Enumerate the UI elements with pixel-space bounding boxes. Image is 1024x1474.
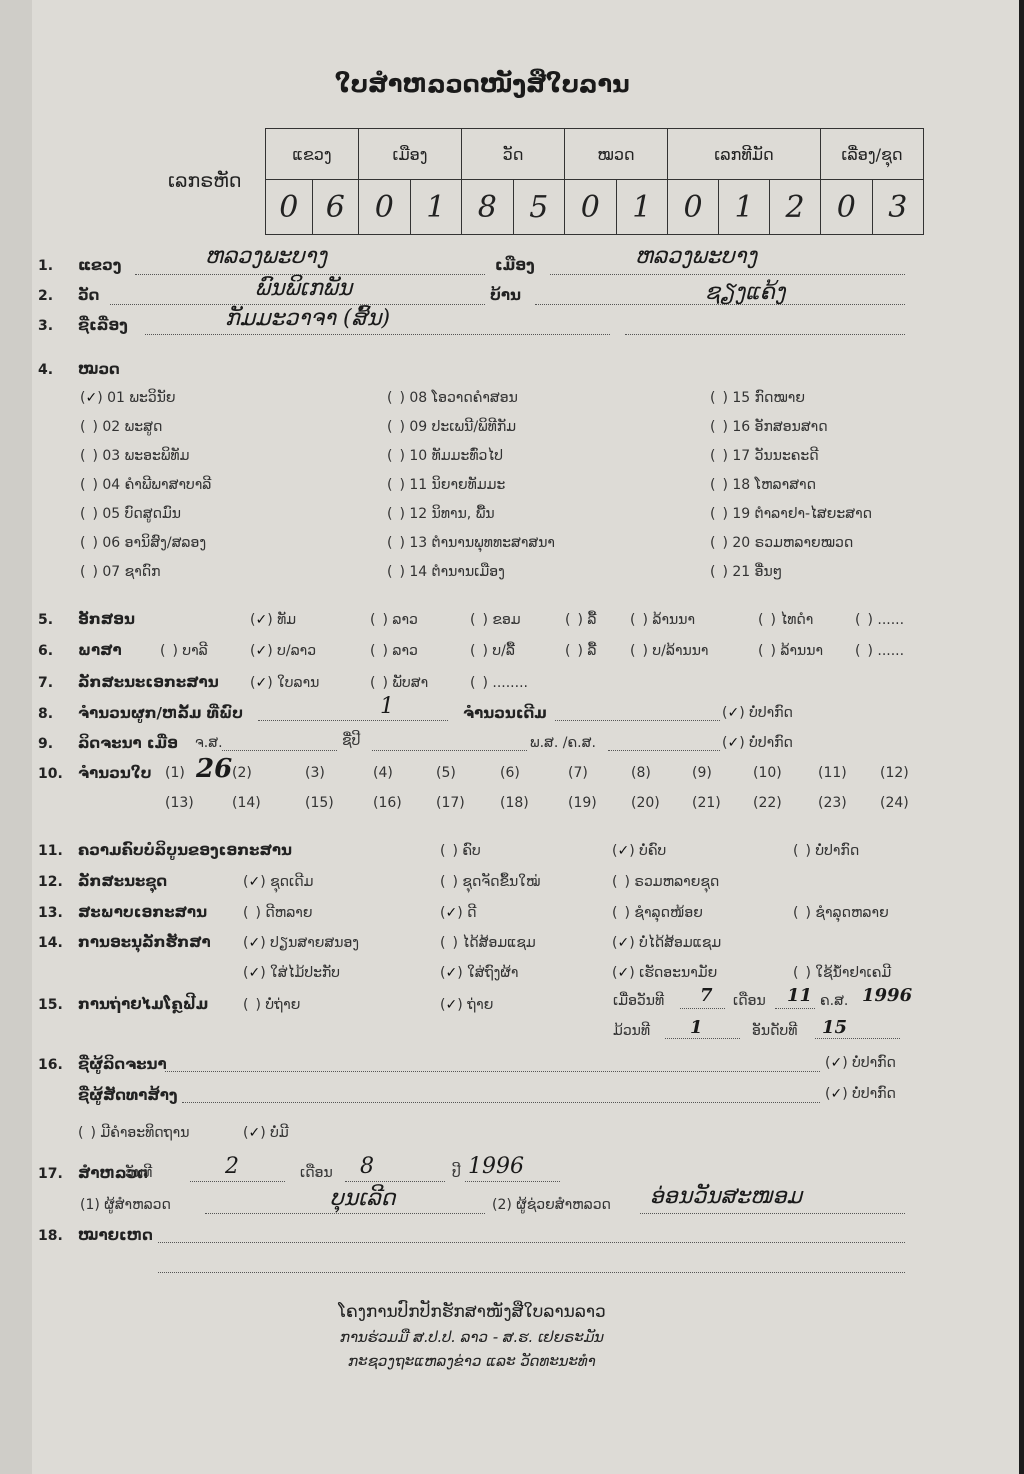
checkmark-icon: ✓ — [248, 874, 260, 890]
year-name-label: ຊື່ປີ — [342, 733, 360, 749]
category-option[interactable]: ( ) 17 ວັນນະຄະດີ — [710, 448, 819, 464]
code-digit: 1 — [616, 180, 668, 235]
leaf-count-label: ຈຳນວນໃບ — [78, 764, 152, 782]
empty-checkbox — [617, 905, 624, 921]
category-option[interactable]: (✓) 01 ພະວິນັຍ — [80, 390, 176, 406]
survey-day-label: ວັນທີ — [125, 1165, 152, 1181]
leaf-count-slot[interactable]: (5) — [436, 765, 456, 781]
script-option[interactable]: ( ) ໄທດຳ — [758, 612, 813, 628]
code-digit-row: 0601850101203 — [266, 180, 924, 235]
empty-checkbox — [248, 905, 255, 921]
empty-checkbox — [798, 843, 805, 859]
original-count-label: ຈຳນວນເດີມ — [463, 704, 547, 722]
checkmark-icon: ✓ — [248, 1125, 260, 1141]
leaf-count-value-1[interactable]: 26 — [196, 754, 232, 784]
wat-value[interactable]: ພົນພິເກພັນ — [255, 276, 352, 301]
leaf-count-slot[interactable]: (4) — [373, 765, 393, 781]
leaf-count-slot[interactable]: (8) — [631, 765, 651, 781]
set-type-option[interactable]: (✓) ຊຸດເດີມ — [243, 874, 314, 890]
code-digit: 6 — [312, 180, 359, 235]
empty-checkbox — [392, 535, 399, 551]
donor-unknown-checkbox[interactable]: (✓) ບໍ່ປາກົດ — [825, 1086, 896, 1102]
leaf-count-slot[interactable]: (20) — [631, 795, 660, 811]
category-option[interactable]: ( ) 07 ຊາດົກ — [80, 564, 161, 580]
code-digit: 0 — [821, 180, 873, 235]
empty-checkbox — [570, 612, 577, 628]
category-option[interactable]: ( ) 15 ກົດໝາຍ — [710, 390, 805, 406]
empty-checkbox — [715, 448, 722, 464]
village-label: ບ້ານ — [490, 286, 521, 304]
empty-checkbox — [392, 419, 399, 435]
category-option[interactable]: ( ) 03 ພະອະພິທັມ — [80, 448, 189, 464]
scribe-label: ຊື່ຜູ້ລິດຈະນາ — [78, 1055, 167, 1073]
leaf-count-slot[interactable]: (1) — [165, 765, 185, 781]
preservation-option[interactable]: (✓) ເຮັດອະນາມັຍ — [612, 965, 717, 981]
language-option[interactable]: ( ) ...... — [855, 643, 904, 659]
language-option[interactable]: ( ) ບາລີ — [160, 643, 208, 659]
leaf-count-slot[interactable]: (17) — [436, 795, 465, 811]
preservation-label: ການອະນຸລັກຮັກສາ — [78, 933, 211, 951]
leaf-count-slot[interactable]: (13) — [165, 795, 194, 811]
microfilm-year-label: ຄ.ສ. — [820, 993, 848, 1009]
condition-option[interactable]: (✓) ດີ — [440, 905, 477, 921]
category-option[interactable]: ( ) 05 ບົດສູດມົນ — [80, 506, 181, 522]
preservation-option[interactable]: (✓) ບໍ່ໄດ້ສ້ອມແຊມ — [612, 935, 721, 951]
language-option[interactable]: ( ) ລື້ — [565, 643, 596, 659]
code-digit: 0 — [266, 180, 313, 235]
be-label: ພ.ສ. /ຄ.ສ. — [530, 735, 596, 751]
roll-value[interactable]: 1 — [690, 1017, 703, 1038]
empty-checkbox — [715, 390, 722, 406]
field-number: 2. — [38, 288, 53, 304]
code-digit: 8 — [462, 180, 514, 235]
leaf-count-slot[interactable]: (10) — [753, 765, 782, 781]
code-table: ແຂວງ ເມືອງ ວັດ ໝວດ ເລກທີມັດ ເລື່ອງ/ຊຸດ 0… — [265, 128, 924, 235]
empty-checkbox — [798, 965, 805, 981]
empty-checkbox — [475, 675, 482, 691]
category-option[interactable]: ( ) 14 ຕຳນານເມືອງ — [387, 564, 505, 580]
script-option[interactable]: ( ) ລື້ — [565, 612, 596, 628]
leaf-count-slot[interactable]: (6) — [500, 765, 520, 781]
field-number: 4. — [38, 362, 53, 378]
checkmark-icon: ✓ — [255, 612, 267, 628]
microfilm-label: ການຖ່າຍໄມໂຄຼຟີມ — [78, 995, 208, 1013]
code-header-bundle: ເລກທີມັດ — [668, 129, 821, 180]
field-number: 11. — [38, 843, 63, 859]
cs-label: ຈ.ສ. — [195, 735, 223, 751]
empty-checkbox — [85, 535, 92, 551]
code-header-title-set: ເລື່ອງ/ຊຸດ — [821, 129, 924, 180]
empty-checkbox — [715, 419, 722, 435]
leaf-count-slot[interactable]: (16) — [373, 795, 402, 811]
code-header-category: ໝວດ — [565, 129, 668, 180]
leaf-count-slot[interactable]: (24) — [880, 795, 909, 811]
category-option[interactable]: ( ) 20 ຣວມຫລາຍໝວດ — [710, 535, 853, 551]
empty-checkbox — [475, 612, 482, 628]
leaf-count-slot[interactable]: (14) — [232, 795, 261, 811]
preservation-option[interactable]: (✓) ໃສ່ຖົງຜ້າ — [440, 965, 518, 981]
empty-checkbox — [715, 506, 722, 522]
language-option[interactable]: ( ) ບ/ລື້ — [470, 643, 515, 659]
leaf-count-slot[interactable]: (21) — [692, 795, 721, 811]
checkmark-icon: ✓ — [617, 965, 629, 981]
empty-checkbox — [445, 874, 452, 890]
empty-checkbox — [715, 477, 722, 493]
wish-option[interactable]: ( ) ມີຄຳອະທິດຖານ — [78, 1125, 189, 1141]
script-option[interactable]: ( ) ລ້ານນາ — [630, 612, 695, 628]
roll-label: ມ້ວນທີ — [613, 1023, 650, 1039]
fascicle-count-label: ຈຳນວນຜູກ/ຫລັ້ມ ທີ່ພົບ — [78, 704, 243, 722]
leaf-count-slot[interactable]: (3) — [305, 765, 325, 781]
empty-checkbox — [375, 675, 382, 691]
empty-checkbox — [392, 477, 399, 493]
field-number: 18. — [38, 1228, 63, 1244]
completeness-option[interactable]: ( ) ຄົບ — [440, 843, 481, 859]
empty-checkbox — [85, 448, 92, 464]
field-number: 1. — [38, 258, 53, 274]
empty-checkbox — [83, 1125, 90, 1141]
empty-checkbox — [763, 612, 770, 628]
field-number: 6. — [38, 643, 53, 659]
language-option[interactable]: ( ) ລາວ — [370, 643, 418, 659]
checkmark-icon: ✓ — [617, 935, 629, 951]
empty-checkbox — [392, 448, 399, 464]
field-number: 5. — [38, 612, 53, 628]
script-option[interactable]: ( ) ...... — [855, 612, 904, 628]
preservation-option[interactable]: ( ) ໃຊ້ນ້ຳຢາເຄມີ — [793, 965, 891, 981]
form-title: ໃບສຳຫລວດໜັງສືໃບລານ — [335, 70, 630, 98]
field-number: 15. — [38, 997, 63, 1013]
page-edge — [1019, 0, 1024, 1474]
surveyor-value[interactable]: ບຸນເລີດ — [330, 1186, 396, 1211]
village-value[interactable]: ຊຽງແຄ້ງ — [705, 280, 785, 305]
category-option[interactable]: ( ) 10 ທັມມະທົ່ວໄປ — [387, 448, 503, 464]
empty-checkbox — [445, 935, 452, 951]
empty-checkbox — [392, 506, 399, 522]
assistant-value[interactable]: ອ່ອນວັນສະໜອມ — [650, 1184, 802, 1209]
category-option[interactable]: ( ) 06 ອານິສົງ/ສລອງ — [80, 535, 206, 551]
footer-ministry: ກະຊວງຖະແຫລງຂ່າວ ແລະ ວັດທະນະທຳ — [272, 1352, 672, 1370]
checkmark-icon: ✓ — [255, 675, 267, 691]
checkmark-icon: ✓ — [445, 997, 457, 1013]
field-number: 14. — [38, 935, 63, 951]
doc-type-option[interactable]: (✓) ໃບລານ — [250, 675, 319, 691]
preservation-option[interactable]: (✓) ໃສ່ໄມ້ປະກັບ — [243, 965, 340, 981]
footer-cooperation: ການຮ່ວມມື ສ.ປ.ປ. ລາວ - ສ.ຮ. ເຢຍຣະມັນ — [272, 1328, 672, 1346]
microfilm-date-label: ເມື່ອວັນທີ — [613, 993, 664, 1009]
code-digit: 0 — [359, 180, 411, 235]
preservation-option[interactable]: (✓) ປຽນສາຍສນອງ — [243, 935, 359, 951]
empty-checkbox — [375, 612, 382, 628]
empty-checkbox — [570, 643, 577, 659]
title-label: ຊື່ເລື່ອງ — [78, 316, 128, 334]
field-number: 17. — [38, 1166, 63, 1182]
leaf-count-slot[interactable]: (22) — [753, 795, 782, 811]
empty-checkbox — [763, 643, 770, 659]
empty-checkbox — [715, 535, 722, 551]
doc-type-option[interactable]: ( ) ........ — [470, 675, 528, 691]
empty-checkbox — [635, 612, 642, 628]
microfilm-year[interactable]: 1996 — [862, 985, 912, 1006]
microfilm-option[interactable]: ( ) ບໍ່ຖ່າຍ — [243, 997, 300, 1013]
set-type-option[interactable]: ( ) ຊຸດຈັດຂຶ້ນໃໝ່ — [440, 874, 540, 890]
empty-checkbox — [85, 419, 92, 435]
empty-checkbox — [617, 874, 624, 890]
category-option[interactable]: ( ) 04 ຄຳພີພາສາບາລີ — [80, 477, 211, 493]
empty-checkbox — [85, 564, 92, 580]
script-label: ອັກສອນ — [78, 610, 135, 628]
category-option[interactable]: ( ) 12 ນິທານ, ພື້ນ — [387, 506, 495, 522]
empty-checkbox — [392, 390, 399, 406]
title-value[interactable]: ກັມມະວາຈາ (ສົ້ນ) — [225, 306, 390, 331]
code-label: ເລກຣຫັດ — [168, 170, 241, 192]
microfilm-day[interactable]: 7 — [700, 985, 713, 1006]
province-value[interactable]: ຫລວງພະບາງ — [205, 244, 327, 269]
survey-month[interactable]: 8 — [360, 1154, 374, 1179]
empty-checkbox — [248, 997, 255, 1013]
survey-year[interactable]: 1996 — [468, 1154, 524, 1179]
microfilm-option[interactable]: (✓) ຖ່າຍ — [440, 997, 493, 1013]
field-number: 10. — [38, 766, 63, 782]
fascicle-count-value[interactable]: 1 — [380, 694, 394, 719]
category-label: ໝວດ — [78, 360, 120, 378]
survey-day[interactable]: 2 — [225, 1154, 239, 1179]
wat-label: ວັດ — [78, 286, 99, 304]
set-type-label: ລັກສະນະຊຸດ — [78, 872, 167, 890]
category-option[interactable]: ( ) 21 ອື່ນໆ — [710, 564, 782, 580]
empty-checkbox — [860, 643, 867, 659]
survey-year-label: ປີ — [452, 1165, 461, 1181]
empty-checkbox — [85, 477, 92, 493]
original-count-unknown-checkbox[interactable]: (✓) ບໍ່ປາກົດ — [722, 705, 793, 721]
leaf-count-slot[interactable]: (19) — [568, 795, 597, 811]
district-label: ເມືອງ — [495, 256, 535, 274]
set-type-option[interactable]: ( ) ຣວມຫລາຍຊຸດ — [612, 874, 719, 890]
language-label: ພາສາ — [78, 641, 122, 659]
condition-option[interactable]: ( ) ຊຳລຸດຫລາຍ — [793, 905, 889, 921]
condition-option[interactable]: ( ) ດີຫລາຍ — [243, 905, 312, 921]
checkmark-icon: ✓ — [445, 905, 457, 921]
field-number: 16. — [38, 1057, 63, 1073]
microfilm-month-label: ເດືອນ — [733, 993, 766, 1009]
script-option[interactable]: ( ) ຂອມ — [470, 612, 521, 628]
checkmark-icon: ✓ — [248, 935, 260, 951]
leaf-count-slot[interactable]: (23) — [818, 795, 847, 811]
leaf-count-slot[interactable]: (15) — [305, 795, 334, 811]
empty-checkbox — [798, 905, 805, 921]
script-option[interactable]: (✓) ທັມ — [250, 612, 296, 628]
code-header-province: ແຂວງ — [266, 129, 359, 180]
field-number: 7. — [38, 675, 53, 691]
code-digit: 1 — [410, 180, 462, 235]
script-option[interactable]: ( ) ລາວ — [370, 612, 418, 628]
adjacent-page-strip — [0, 0, 32, 1474]
empty-checkbox — [85, 506, 92, 522]
condition-option[interactable]: ( ) ຊຳລຸດໜ້ອຍ — [612, 905, 703, 921]
footer-project: ໂຄງການປົກປັກຮັກສາໜັງສືໃບລານລາວ — [272, 1302, 672, 1322]
checkmark-icon: ✓ — [445, 965, 457, 981]
written-when-label: ລິດຈະນາ ເມື່ອ — [78, 734, 178, 752]
doc-type-option[interactable]: ( ) ພັບສາ — [370, 675, 428, 691]
scribe-unknown-checkbox[interactable]: (✓) ບໍ່ປາກົດ — [825, 1055, 896, 1071]
empty-checkbox — [165, 643, 172, 659]
code-header-district: ເມືອງ — [359, 129, 462, 180]
completeness-label: ຄວາມຄົບບໍລິບູນຂອງເອກະສານ — [78, 841, 292, 859]
donor-label: ຊື່ຜູ້ສັດທາສ້າງ — [78, 1086, 178, 1104]
language-option[interactable]: ( ) ບ/ລ້ານນາ — [630, 643, 708, 659]
empty-checkbox — [475, 643, 482, 659]
survey-month-label: ເດືອນ — [300, 1165, 333, 1181]
preservation-option[interactable]: ( ) ໄດ້ສ້ອມແຊມ — [440, 935, 536, 951]
leaf-count-slot[interactable]: (2) — [232, 765, 252, 781]
category-option[interactable]: ( ) 19 ຕຳລາຢາ-ໄສຍະສາດ — [710, 506, 872, 522]
code-header-wat: ວັດ — [462, 129, 565, 180]
category-option[interactable]: ( ) 09 ປະເພນີ/ພິທີກັມ — [387, 419, 516, 435]
category-option[interactable]: ( ) 11 ນິຍາຍທັມມະ — [387, 477, 505, 493]
leaf-count-slot[interactable]: (7) — [568, 765, 588, 781]
code-digit: 2 — [770, 180, 821, 235]
category-option[interactable]: ( ) 08 ໂອວາດຄຳສອນ — [387, 390, 518, 406]
checkmark-icon: ✓ — [248, 965, 260, 981]
empty-checkbox — [715, 564, 722, 580]
leaf-count-slot[interactable]: (18) — [500, 795, 529, 811]
code-digit: 3 — [872, 180, 924, 235]
sequence-value[interactable]: 15 — [822, 1017, 847, 1038]
microfilm-month[interactable]: 11 — [787, 985, 812, 1006]
field-number: 8. — [38, 706, 53, 722]
checkmark-icon: ✓ — [85, 390, 97, 406]
checkmark-icon: ✓ — [255, 643, 267, 659]
empty-checkbox — [860, 612, 867, 628]
leaf-count-slot[interactable]: (12) — [880, 765, 909, 781]
doc-type-label: ລັກສະນະເອກະສານ — [78, 673, 219, 691]
category-option[interactable]: ( ) 13 ຕຳນານພຸທທະສາສນາ — [387, 535, 555, 551]
remarks-label: ໝາຍເຫດ — [78, 1226, 153, 1244]
surveyor-label: (1) ຜູ້ສຳຫລວດ — [80, 1197, 171, 1213]
empty-checkbox — [635, 643, 642, 659]
code-digit: 0 — [565, 180, 617, 235]
category-option[interactable]: ( ) 02 ພະສູດ — [80, 419, 162, 435]
code-digit: 5 — [513, 180, 565, 235]
field-number: 9. — [38, 736, 53, 752]
category-option[interactable]: ( ) 16 ອັກສອນສາດ — [710, 419, 828, 435]
field-number: 12. — [38, 874, 63, 890]
code-digit: 1 — [719, 180, 770, 235]
code-digit: 0 — [668, 180, 719, 235]
province-label: ແຂວງ — [78, 256, 121, 274]
assistant-label: (2) ຜູ້ຊ່ວຍສຳຫລວດ — [492, 1197, 611, 1213]
language-option[interactable]: (✓) ບ/ລາວ — [250, 643, 316, 659]
category-option[interactable]: ( ) 18 ໂຫລາສາດ — [710, 477, 816, 493]
language-option[interactable]: ( ) ລ້ານນາ — [758, 643, 823, 659]
condition-label: ສະພາບເອກະສານ — [78, 903, 207, 921]
completeness-option[interactable]: ( ) ບໍ່ປາກົດ — [793, 843, 859, 859]
empty-checkbox — [392, 564, 399, 580]
field-number: 3. — [38, 318, 53, 334]
field-number: 13. — [38, 905, 63, 921]
leaf-count-slot[interactable]: (9) — [692, 765, 712, 781]
district-value[interactable]: ຫລວງພະບາງ — [635, 244, 757, 269]
written-unknown-checkbox[interactable]: (✓) ບໍ່ປາກົດ — [722, 735, 793, 751]
completeness-option[interactable]: (✓) ບໍ່ຄົບ — [612, 843, 666, 859]
checkmark-icon: ✓ — [617, 843, 629, 859]
empty-checkbox — [445, 843, 452, 859]
leaf-count-slot[interactable]: (11) — [818, 765, 847, 781]
wish-option[interactable]: (✓) ບໍ່ມີ — [243, 1125, 289, 1141]
sequence-label: ອັນດັບທີ — [752, 1023, 797, 1039]
empty-checkbox — [375, 643, 382, 659]
